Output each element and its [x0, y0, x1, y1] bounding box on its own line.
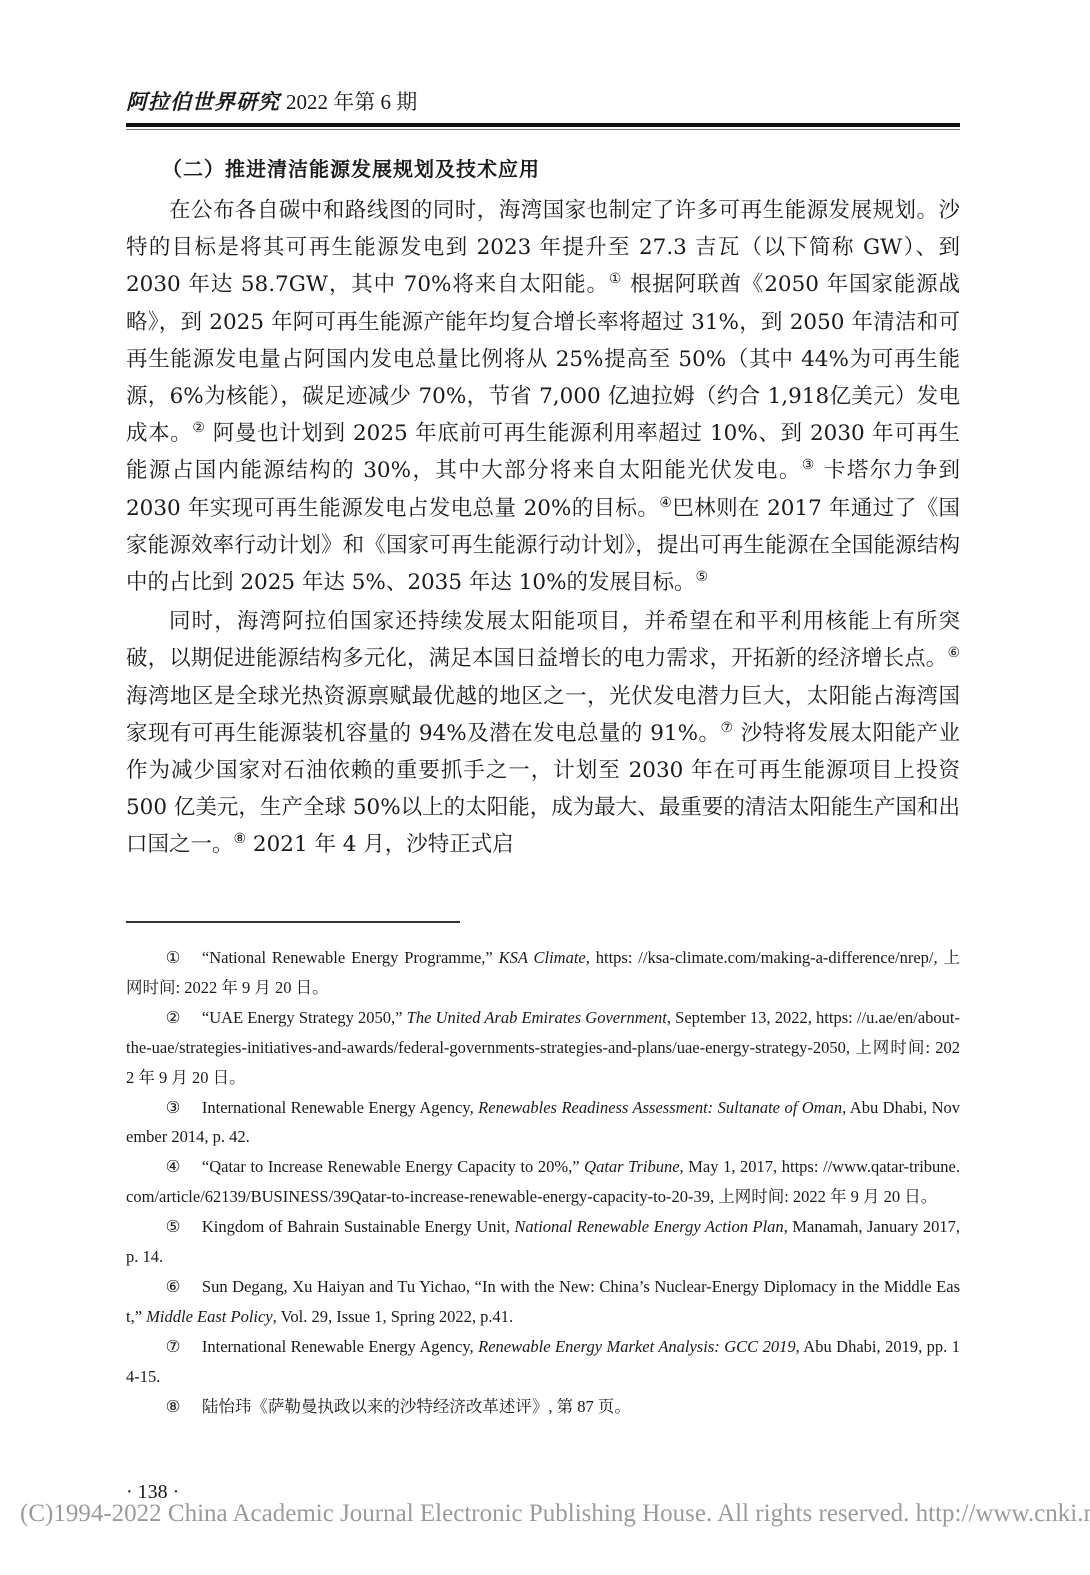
- footnotes: ①“National Renewable Energy Programme,” …: [126, 943, 960, 1422]
- footnote-text: 陆怡玮《萨勒曼执政以来的沙特经济改革述评》, 第 87 页。: [202, 1397, 631, 1416]
- footnote-ref[interactable]: ⑥: [947, 645, 960, 661]
- footnote-source-title: Middle East Policy: [146, 1307, 272, 1326]
- body-text: 在公布各自碳中和路线图的同时，海湾国家也制定了许多可再生能源发展规划。沙特的目标…: [126, 192, 960, 864]
- footnote-number: ②: [166, 1003, 202, 1033]
- footnote-ref[interactable]: ⑧: [234, 831, 247, 847]
- footnote-source-title: The United Arab Emirates Government: [407, 1008, 667, 1027]
- footnote-ref[interactable]: ③: [802, 457, 816, 473]
- footnote-3: ③International Renewable Energy Agency, …: [126, 1093, 960, 1153]
- header-rule-thin: [126, 129, 960, 130]
- footnote-source-title: KSA Climate: [499, 948, 586, 967]
- footnote-source-title: Renewable Energy Market Analysis: GCC 20…: [478, 1337, 795, 1356]
- footnote-text: “National Renewable Energy Programme,”: [202, 948, 499, 967]
- footnote-6: ⑥Sun Degang, Xu Haiyan and Tu Yichao, “I…: [126, 1272, 960, 1332]
- footnote-text: International Renewable Energy Agency,: [202, 1337, 478, 1356]
- footnote-text: International Renewable Energy Agency,: [202, 1098, 478, 1117]
- paragraph-2: 同时，海湾阿拉伯国家还持续发展太阳能项目，并希望在和平利用核能上有所突破，以期促…: [126, 603, 960, 863]
- footnote-source-title: National Renewable Energy Action Plan: [514, 1217, 783, 1236]
- footnote-text: Kingdom of Bahrain Sustainable Energy Un…: [202, 1217, 514, 1236]
- footnote-number: ④: [166, 1152, 202, 1182]
- running-head: 阿拉伯世界研究 2022 年第 6 期: [126, 86, 417, 116]
- footnote-ref[interactable]: ⑦: [720, 720, 733, 736]
- journal-issue: 2022 年第 6 期: [286, 86, 417, 116]
- footnote-7: ⑦International Renewable Energy Agency, …: [126, 1332, 960, 1392]
- footnote-number: ⑧: [166, 1392, 202, 1422]
- body-segment: 同时，海湾阿拉伯国家还持续发展太阳能项目，并希望在和平利用核能上有所突破，以期促…: [126, 609, 960, 671]
- footnote-5: ⑤Kingdom of Bahrain Sustainable Energy U…: [126, 1212, 960, 1272]
- footnote-number: ⑦: [166, 1332, 202, 1362]
- footnote-4: ④“Qatar to Increase Renewable Energy Cap…: [126, 1152, 960, 1212]
- footnote-ref[interactable]: ④: [659, 494, 672, 510]
- footnote-ref[interactable]: ⑤: [696, 569, 709, 585]
- paragraph-1: 在公布各自碳中和路线图的同时，海湾国家也制定了许多可再生能源发展规划。沙特的目标…: [126, 192, 960, 601]
- footnote-1: ①“National Renewable Energy Programme,” …: [126, 943, 960, 1003]
- footnote-text: “Qatar to Increase Renewable Energy Capa…: [202, 1157, 584, 1176]
- section-heading: （二）推进清洁能源发展规划及技术应用: [162, 153, 540, 182]
- header-rule-thick: [126, 123, 960, 127]
- footnote-text: , Vol. 29, Issue 1, Spring 2022, p.41.: [273, 1307, 514, 1326]
- copyright-watermark: (C)1994-2022 China Academic Journal Elec…: [20, 1500, 1090, 1528]
- footnote-ref[interactable]: ②: [192, 420, 205, 436]
- footnote-source-title: Renewables Readiness Assessment: Sultana…: [478, 1098, 842, 1117]
- footnote-ref[interactable]: ①: [609, 271, 622, 287]
- footnote-number: ③: [166, 1093, 202, 1123]
- footnote-text: “UAE Energy Strategy 2050,”: [202, 1008, 407, 1027]
- footnote-number: ⑥: [166, 1272, 202, 1302]
- footnote-8: ⑧陆怡玮《萨勒曼执政以来的沙特经济改革述评》, 第 87 页。: [126, 1392, 960, 1422]
- footnote-source-title: Qatar Tribune: [584, 1157, 679, 1176]
- body-segment: 2021 年 4 月，沙特正式启: [246, 832, 514, 857]
- footnote-number: ①: [166, 943, 202, 973]
- footnote-separator: [126, 921, 460, 923]
- journal-title: 阿拉伯世界研究: [126, 86, 280, 116]
- footnote-number: ⑤: [166, 1212, 202, 1242]
- footnote-2: ②“UAE Energy Strategy 2050,” The United …: [126, 1003, 960, 1093]
